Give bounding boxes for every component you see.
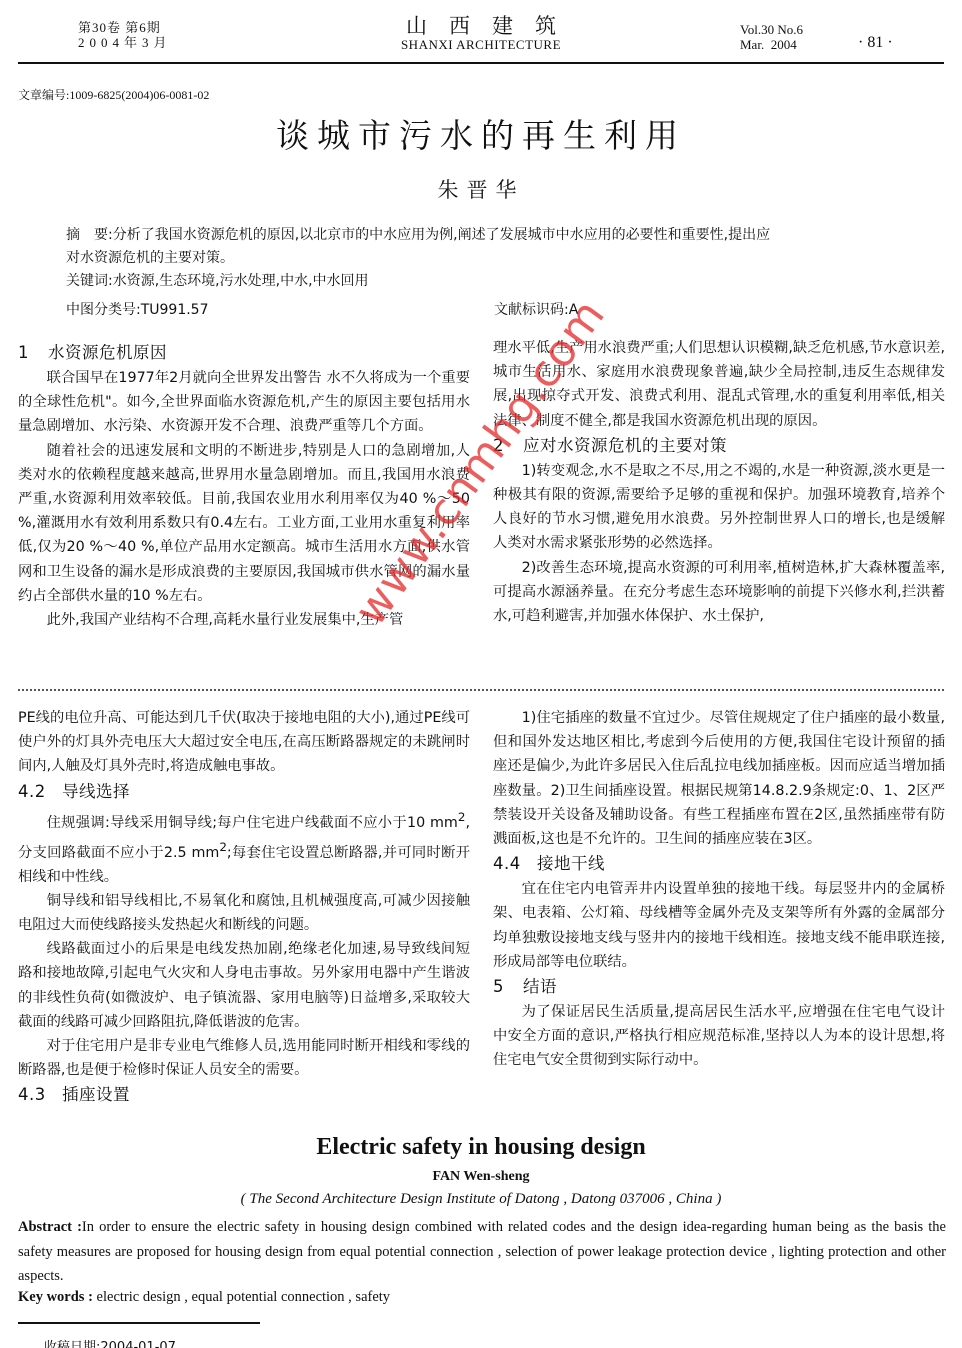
section-4-2-heading: 4.2导线选择 <box>18 779 470 805</box>
volume-en: Vol.30 No.6 <box>740 22 803 37</box>
abstract-line-1: 摘 要:分析了我国水资源危机的原因,以北京市的中水应用为例,阐述了发展城市中水应… <box>66 224 906 247</box>
keywords-text: electric design , equal potential connec… <box>97 1289 391 1305</box>
section-4-4-heading: 4.4接地干线 <box>493 851 945 877</box>
english-author: FAN Wen-sheng <box>0 1169 962 1185</box>
english-title: Electric safety in housing design <box>0 1134 962 1161</box>
keywords-cn: 关键词:水资源,生态环境,污水处理,中水,中水回用 <box>66 270 906 293</box>
article-number: 文章编号:1009-6825(2004)06-0081-02 <box>18 86 209 103</box>
abstract-line-2: 对水资源危机的主要对策。 <box>66 247 906 270</box>
section-5-paragraph-1: 为了保证居民生活质量,提高居民生活水平,应增强在住宅电气设计中安全方面的意识,严… <box>493 1000 945 1073</box>
english-keywords: Key words : electric design , equal pote… <box>18 1289 390 1306</box>
classification-number: 中图分类号:TU991.57 <box>66 299 209 319</box>
section-1-paragraph-1: 联合国早在1977年2月就向全世界发出警告 水不久将成为一个重要的全球性危机"。… <box>18 366 470 439</box>
document-code: 文献标识码:A <box>494 299 578 319</box>
section-4-3-paragraph-1: 1)住宅插座的数量不宜过少。尽管住规规定了住户插座的最小数量,但和国外发达地区相… <box>493 706 945 851</box>
section-4-2-paragraph-4: 对于住宅用户是非专业电气维修人员,选用能同时断开相线和零线的断路器,也是便于检修… <box>18 1034 470 1082</box>
english-affiliation: ( The Second Architecture Design Institu… <box>0 1191 962 1208</box>
article-author: 朱晋华 <box>0 174 962 204</box>
section-4-4-paragraph-1: 宜在住宅内电管弄井内设置单独的接地干线。每层竖井内的金属桥架、电表箱、公灯箱、母… <box>493 877 945 974</box>
journal-name-en: SHANXI ARCHITECTURE <box>0 38 962 52</box>
received-date: 收稿日期:2004-01-07 <box>44 1336 176 1348</box>
section-4-2-paragraph-2: 铜导线和铝导线相比,不易氧化和腐蚀,且机械强度高,可减少因接触电阻过大而使线路接… <box>18 889 470 937</box>
journal-masthead: 山西建筑 SHANXI ARCHITECTURE <box>0 14 962 52</box>
section-2-paragraph-2: 2)改善生态环境,提高水资源的可利用率,植树造林,扩大森林覆盖率,可提高水源涵养… <box>493 556 945 629</box>
section-2-heading: 2应对水资源危机的主要对策 <box>493 433 945 459</box>
header-rule <box>18 62 944 64</box>
upper-left-column: 1水资源危机原因 联合国早在1977年2月就向全世界发出警告 水不久将成为一个重… <box>18 340 470 632</box>
section-5-heading: 5结语 <box>493 974 945 1000</box>
section-4-2-paragraph-3: 线路截面过小的后果是电线发热加剧,绝缘老化加速,易导致线间短路和接地故障,引起电… <box>18 937 470 1034</box>
issue-info-en: Vol.30 No.6 Mar. 2004 <box>740 22 803 52</box>
english-abstract: Abstract :In order to ensure the electri… <box>18 1215 946 1289</box>
abstract-cn: 摘 要:分析了我国水资源危机的原因,以北京市的中水应用为例,阐述了发展城市中水应… <box>66 224 906 293</box>
section-1-heading: 1水资源危机原因 <box>18 340 470 366</box>
section-1-paragraph-2: 随着社会的迅速发展和文明的不断进步,特别是人口的急剧增加,人类对水的依赖程度越来… <box>18 439 470 608</box>
article-title: 谈城市污水的再生利用 <box>0 114 962 158</box>
section-1-paragraph-3: 此外,我国产业结构不合理,高耗水量行业发展集中,生产管 <box>18 608 470 632</box>
lower-left-column: PE线的电位升高、可能达到几千伏(取决于接地电阻的大小),通过PE线可使户外的灯… <box>18 706 470 1108</box>
abstract-text: In order to ensure the electric safety i… <box>18 1219 946 1284</box>
abstract-label: Abstract : <box>18 1219 82 1235</box>
journal-name-cn: 山西建筑 <box>0 14 962 38</box>
section-4-2-paragraph-1: 住规强调:导线采用铜导线;每户住宅进户线截面不应小于10 mm2,分支回路截面不… <box>18 805 470 889</box>
section-1-paragraph-3-continued: 理水平低,生产用水浪费严重;人们思想认识模糊,缺乏危机感,节水意识差,城市生活用… <box>493 336 945 433</box>
upper-right-column: 理水平低,生产用水浪费严重;人们思想认识模糊,缺乏危机感,节水意识差,城市生活用… <box>493 336 945 628</box>
date-en: Mar. 2004 <box>740 37 803 52</box>
section-4-3-heading: 4.3插座设置 <box>18 1082 470 1108</box>
continued-paragraph: PE线的电位升高、可能达到几千伏(取决于接地电阻的大小),通过PE线可使户外的灯… <box>18 706 470 779</box>
keywords-label: Key words : <box>18 1289 93 1305</box>
article-divider <box>18 689 944 691</box>
section-2-paragraph-1: 1)转变观念,水不是取之不尽,用之不竭的,水是一种资源,淡水更是一种极其有限的资… <box>493 459 945 556</box>
footnote-rule <box>18 1322 260 1324</box>
page-number: · 81 · <box>858 34 893 52</box>
lower-right-column: 1)住宅插座的数量不宜过少。尽管住规规定了住户插座的最小数量,但和国外发达地区相… <box>493 706 945 1073</box>
